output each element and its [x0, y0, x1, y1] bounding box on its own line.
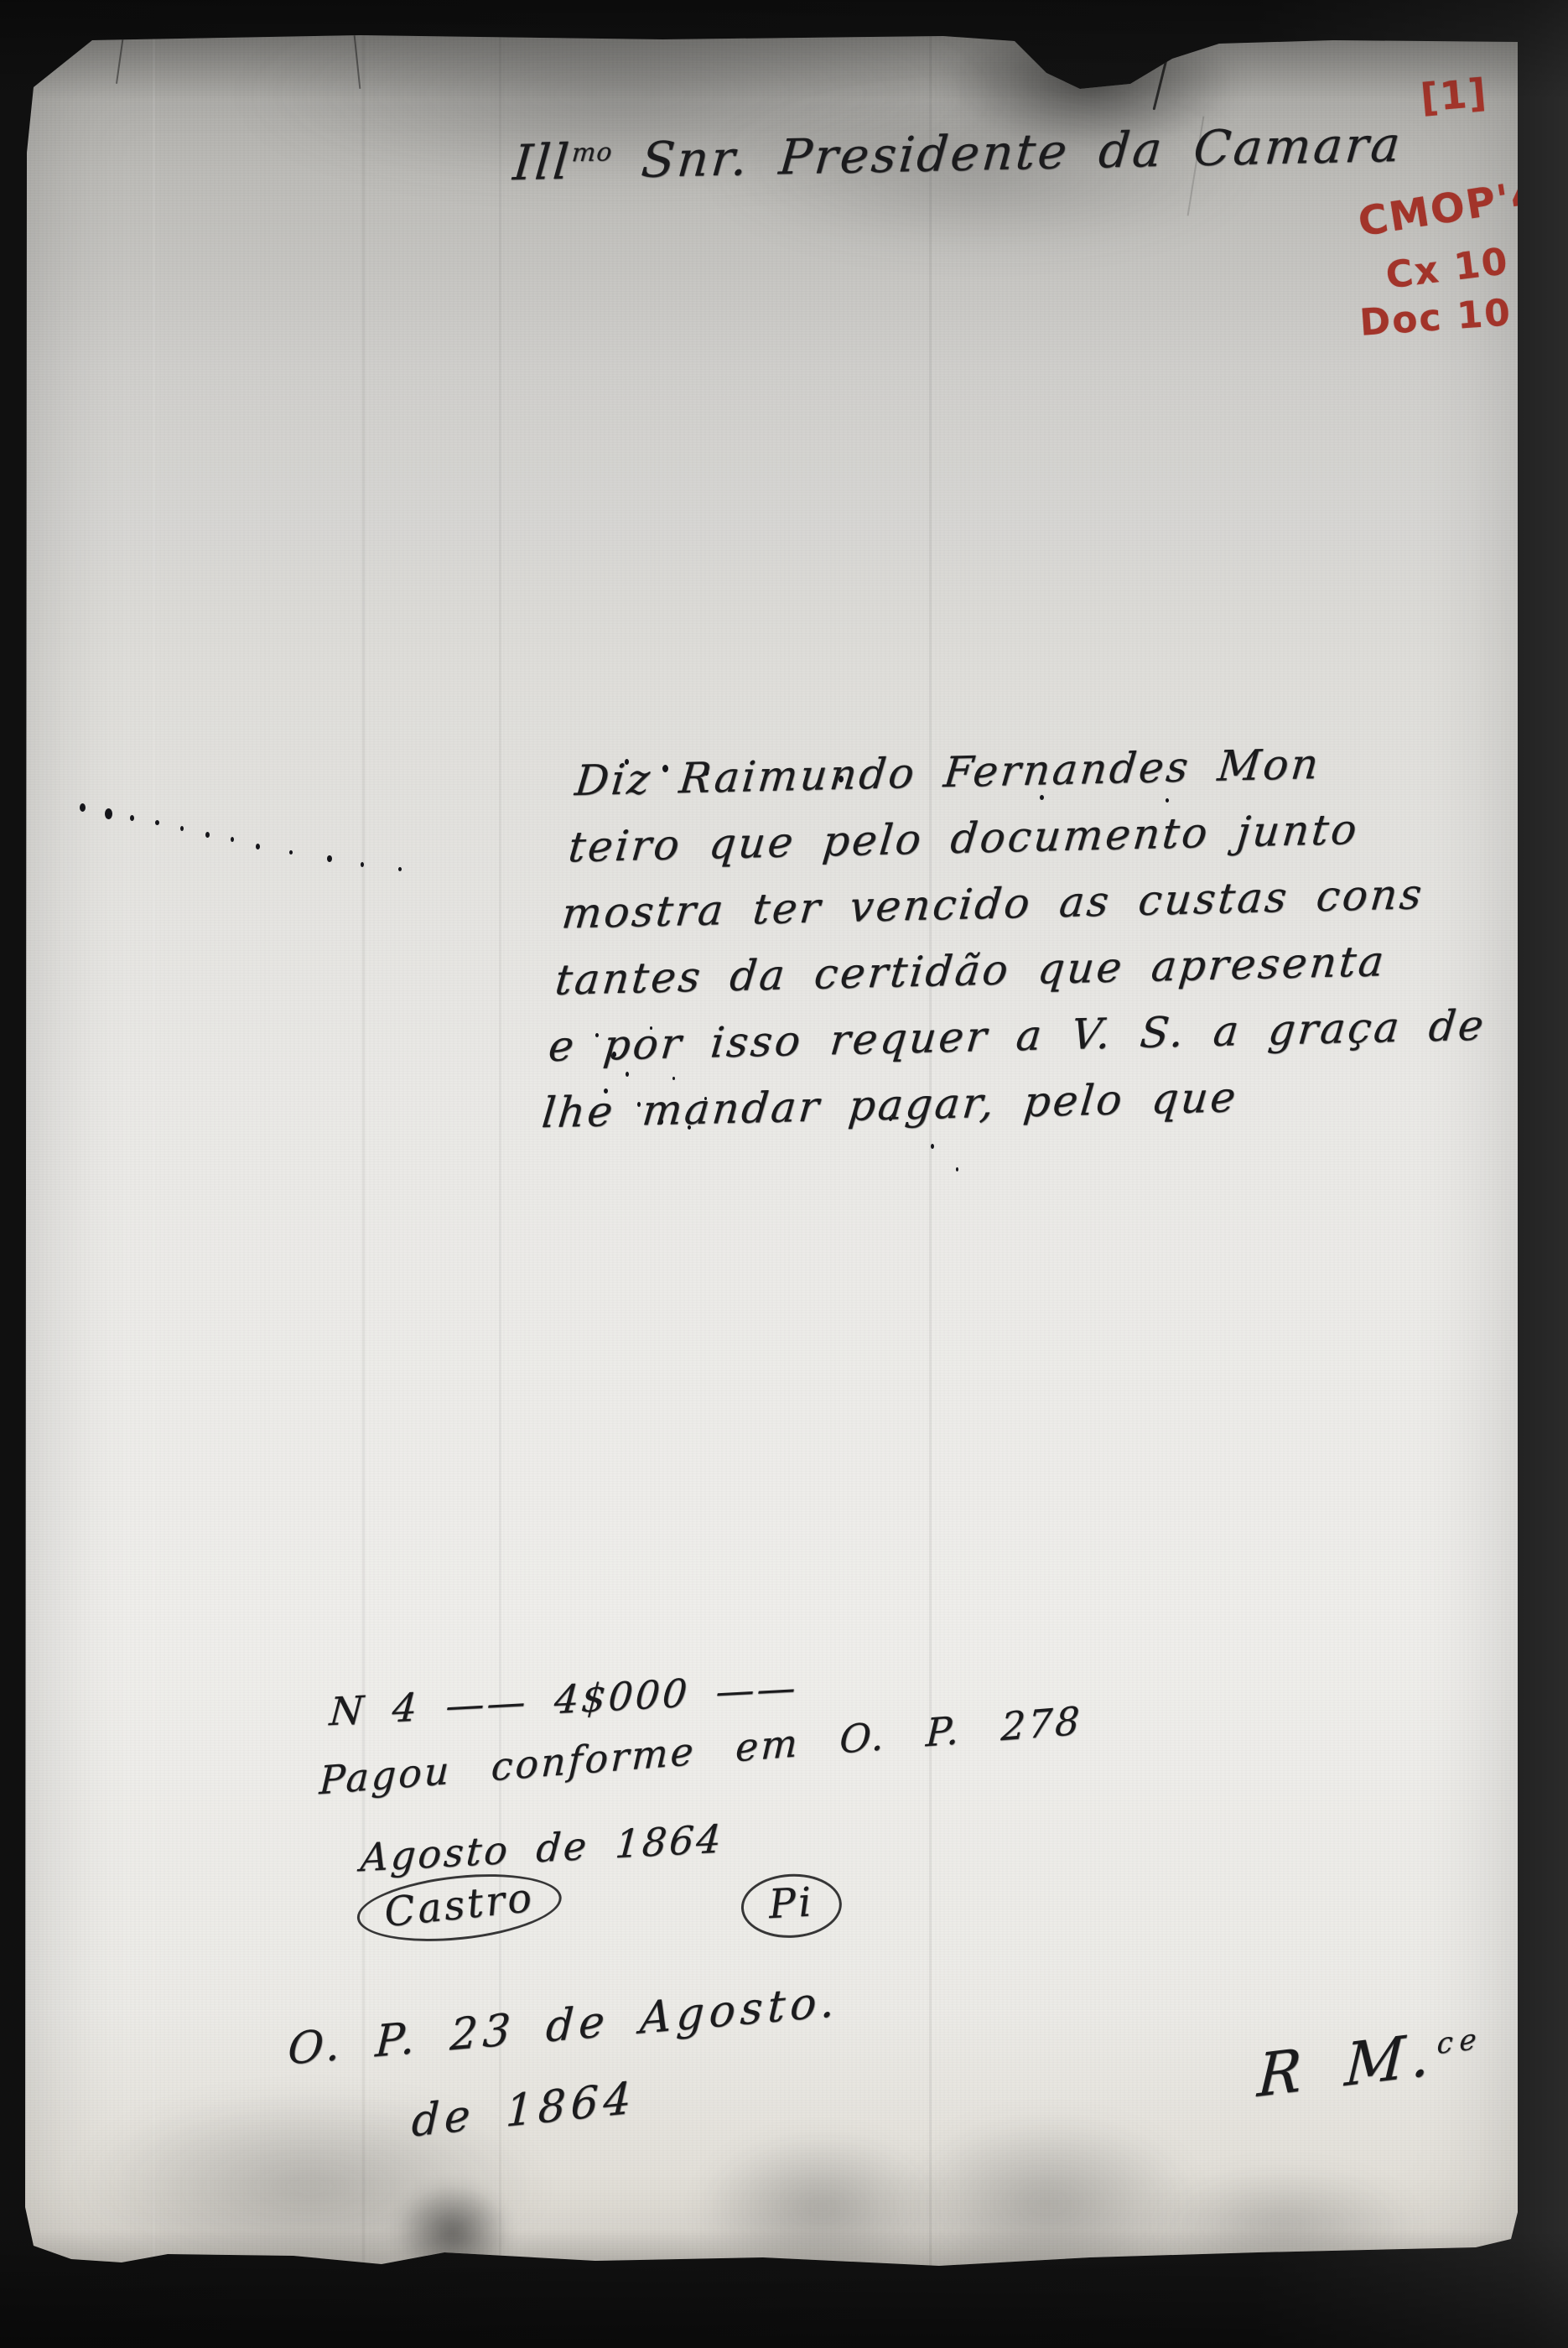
scanned-document-page: Illmo Snr. Presidente da Camara [1] CMOP…: [0, 0, 1568, 2348]
stain: [394, 2182, 511, 2283]
archive-fund-code: CMOP'4: [1355, 171, 1544, 247]
fold-line: [499, 35, 501, 2274]
signature-right: Pi: [740, 1872, 843, 1940]
ink-speckle: [361, 862, 364, 867]
paper-sheet: Illmo Snr. Presidente da Camara [1] CMOP…: [25, 35, 1518, 2274]
stain: [1149, 2165, 1417, 2283]
dispatch-line-2: de 1864: [411, 2073, 637, 2148]
ink-speckle: [205, 832, 210, 838]
ink-speckle: [398, 867, 402, 871]
signature-name: Castro: [382, 1874, 537, 1936]
ink-spatter: [931, 1144, 934, 1149]
signature-name: Pi: [767, 1878, 815, 1928]
dispatch-line-1: O. P. 23 de Agosto.: [287, 1976, 841, 2075]
archive-doc-code: Doc 10: [1358, 291, 1513, 345]
paper-crack: [354, 35, 361, 89]
signature-flourish: Pi: [740, 1872, 843, 1940]
ink-speckle: [155, 820, 159, 825]
stain: [897, 2115, 1199, 2291]
ink-speckle: [105, 808, 112, 819]
ink-spatter: [956, 1167, 958, 1171]
rubric-main: R M.: [1256, 2019, 1439, 2111]
stain: [696, 2132, 948, 2283]
salutation-superscript: mo: [570, 138, 613, 168]
salutation-prefix: Ill: [511, 133, 574, 192]
rubric-superscript: ce: [1436, 2022, 1484, 2061]
archive-box-code: Cx 10: [1384, 240, 1511, 298]
ink-speckle: [289, 850, 293, 855]
ink-speckle: [256, 844, 260, 849]
rubric-erm: R M.ce: [1256, 2013, 1484, 2111]
ink-speckle: [327, 855, 332, 862]
salutation-line: Illmo Snr. Presidente da Camara: [511, 116, 1404, 191]
ink-speckle: [80, 803, 86, 812]
stray-pen-mark: [1153, 60, 1168, 111]
receipt-number-amount: N 4 —— 4$000 ——: [328, 1665, 799, 1735]
ink-speckle: [130, 815, 134, 821]
salutation-rest: Snr. Presidente da Camara: [610, 116, 1405, 190]
folio-number-stamp: [1]: [1419, 70, 1489, 121]
petition-body: Diz Raimundo Fernandes Mon teiro que pel…: [539, 727, 1516, 1147]
scan-streak: [153, 35, 155, 2274]
ink-speckle: [231, 837, 234, 842]
fold-line: [929, 35, 932, 2274]
paper-crack: [116, 35, 124, 84]
ink-speckle: [180, 826, 184, 831]
